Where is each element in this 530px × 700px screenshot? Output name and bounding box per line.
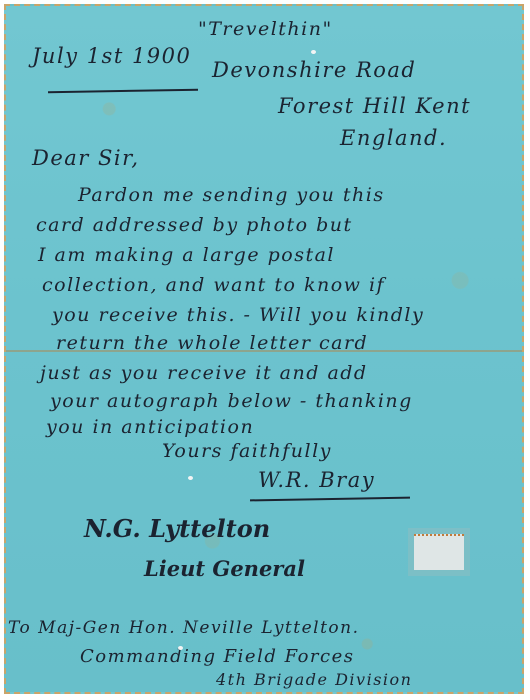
address-line-4: England. [340,126,447,150]
address-line-3: Forest Hill Kent [278,94,471,118]
body-line-2: card addressed by photo but [36,214,353,236]
pin-hole [178,646,183,650]
body-line-9: you in anticipation [46,416,254,438]
sender-signature: W.R. Bray [258,468,375,492]
body-line-7: just as you receive it and add [40,362,368,384]
addressee-line-2: Commanding Field Forces [80,646,355,667]
autograph-title: Lieut General [144,556,305,581]
addressee-line-3: 4th Brigade Division [216,670,412,689]
pin-hole [188,476,193,480]
body-line-4: collection, and want to know if [42,274,385,296]
pin-hole [311,50,316,54]
body-line-5: you receive this. - Will you kindly [52,304,424,326]
letter-card: July 1st 1900 "Trevelthin" Devonshire Ro… [4,4,524,694]
stamp-remnant [414,534,464,570]
body-line-3: I am making a large postal [38,244,335,266]
date-underline [48,89,198,93]
body-line-6: return the whole letter card [56,332,368,354]
body-line-8: your autograph below - thanking [50,390,413,412]
address-line-1: "Trevelthin" [198,18,333,40]
body-line-1: Pardon me sending you this [78,184,385,206]
address-line-2: Devonshire Road [212,58,416,82]
letter-date: July 1st 1900 [32,44,191,68]
autograph-name: N.G. Lyttelton [84,514,270,543]
signature-underline [250,497,410,501]
closing: Yours faithfully [162,440,332,462]
addressee-line-1: To Maj-Gen Hon. Neville Lyttelton. [8,618,360,638]
salutation: Dear Sir, [32,146,140,170]
